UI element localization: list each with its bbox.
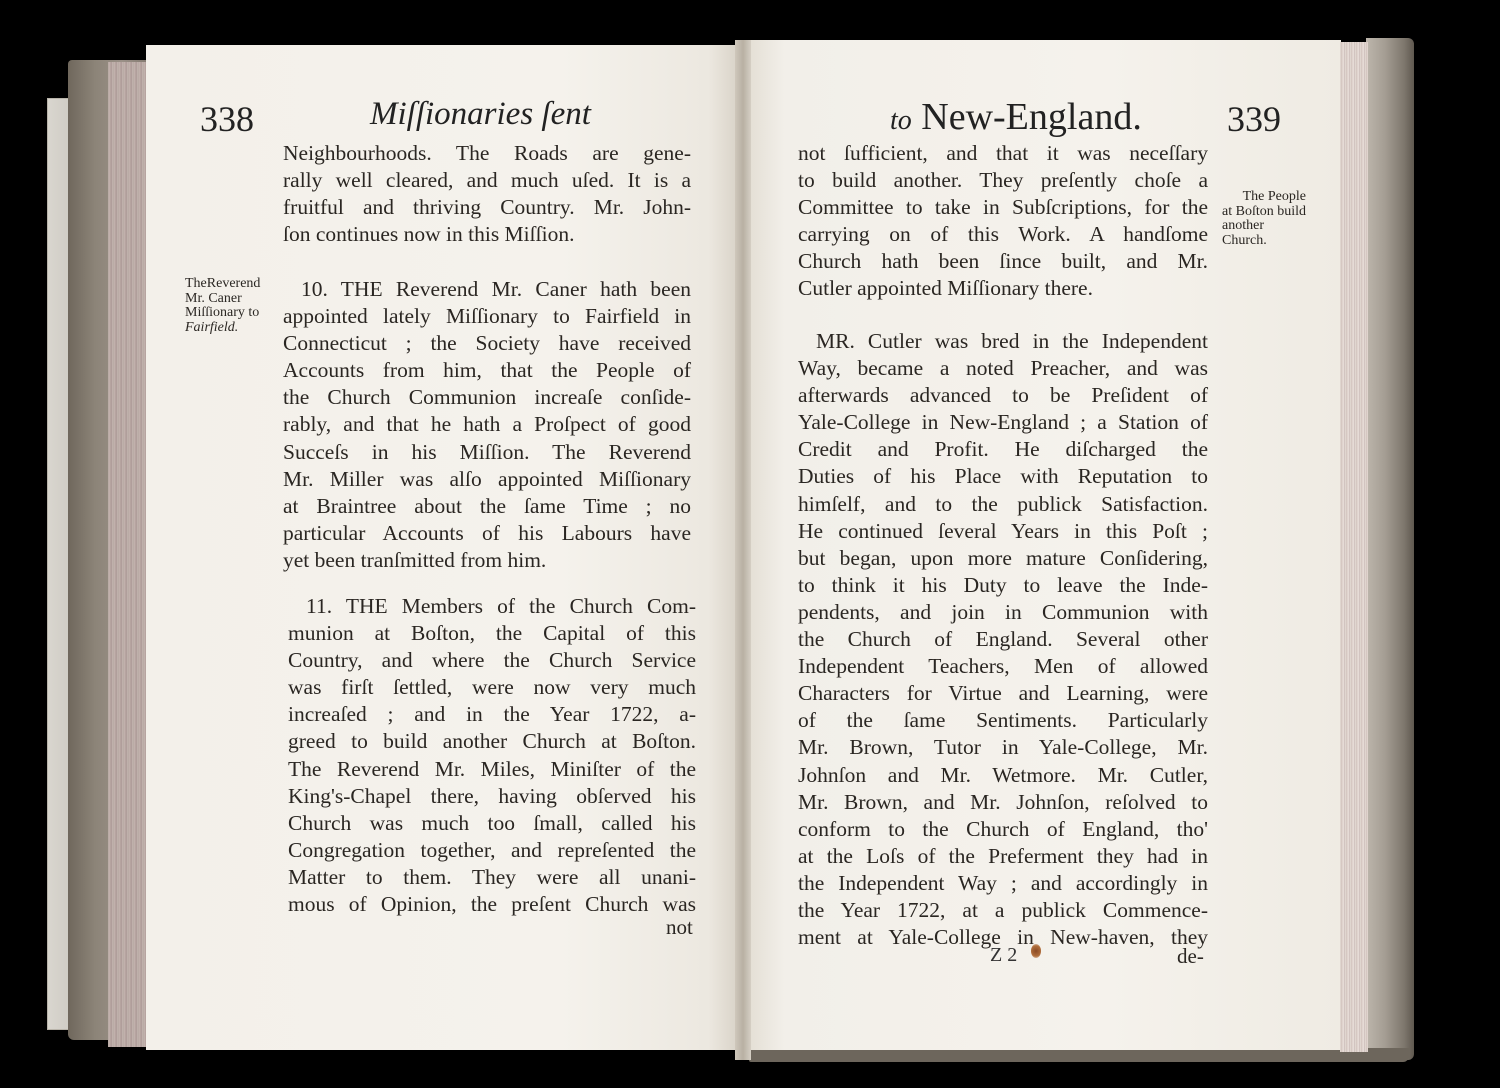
- margin-note-line: at Boſton build: [1222, 205, 1306, 220]
- text-line: not ſufficient, and that it was neceſſar…: [798, 140, 1208, 167]
- text-line: Committee to take in Subſcriptions, for …: [798, 194, 1208, 221]
- text-line: Independent Teachers, Men of allowed: [798, 653, 1208, 680]
- text-line: afterwards advanced to be Preſident of: [798, 382, 1208, 409]
- right-paragraph-2: MR. Cutler was bred in the Independent W…: [798, 328, 1208, 951]
- text-line: rally well cleared, and much uſed. It is…: [283, 167, 691, 194]
- text-line: 11. THE Members of the Church Com-: [288, 593, 696, 620]
- text-line: appointed lately Miſſionary to Fairfield…: [283, 303, 691, 330]
- open-book: 338 Miſſionaries ſent Neighbourhoods. Th…: [0, 0, 1500, 1088]
- margin-note-line: another: [1222, 219, 1306, 234]
- running-head-prefix: to: [890, 105, 912, 136]
- text-line: Church hath been ſince built, and Mr.: [798, 248, 1208, 275]
- text-line: the Church Communion increaſe conſide-: [283, 384, 691, 411]
- text-line: munion at Boſton, the Capital of this: [288, 620, 696, 647]
- left-catchword: not: [666, 915, 693, 940]
- left-paragraph-3: 11. THE Members of the Church Com- munio…: [288, 593, 696, 918]
- text-line: Accounts from him, that the People of: [283, 357, 691, 384]
- text-line: Credit and Profit. He diſcharged the: [798, 436, 1208, 463]
- left-page-number: 338: [200, 98, 254, 140]
- text-line: MR. Cutler was bred in the Independent: [798, 328, 1208, 355]
- left-running-head: Miſſionaries ſent: [370, 96, 591, 133]
- text-line: yet been tranſmitted from him.: [283, 547, 691, 574]
- text-line: Succeſs in his Miſſion. The Reverend: [283, 439, 691, 466]
- book-gutter: [735, 40, 751, 1060]
- ink-stain: [1031, 944, 1041, 958]
- text-line: The Reverend Mr. Miles, Miniſter of the: [288, 756, 696, 783]
- margin-note-line: The People: [1222, 190, 1306, 205]
- right-page-edges: [1340, 42, 1368, 1052]
- left-page-edges: [108, 62, 146, 1047]
- text-line: the Year 1722, at a publick Commence-: [798, 897, 1208, 924]
- text-line: rably, and that he hath a Proſpect of go…: [283, 411, 691, 438]
- right-paragraph-1: not ſufficient, and that it was neceſſar…: [798, 140, 1208, 303]
- text-line: Characters for Virtue and Learning, were: [798, 680, 1208, 707]
- text-line: Mr. Brown, Tutor in Yale-College, Mr.: [798, 734, 1208, 761]
- right-cover-board: [1366, 38, 1414, 1060]
- text-line: was firſt ſettled, were now very much: [288, 674, 696, 701]
- text-line: Mr. Brown, and Mr. Johnſon, reſolved to: [798, 789, 1208, 816]
- right-catchword: de-: [1177, 944, 1204, 969]
- text-line: Yale-College in New-England ; a Station …: [798, 409, 1208, 436]
- text-line: of the ſame Sentiments. Particularly: [798, 707, 1208, 734]
- text-line: at Braintree about the ſame Time ; no: [283, 493, 691, 520]
- left-margin-note: TheReverend Mr. Caner Miſſionary to Fair…: [185, 277, 260, 335]
- text-line: ſon continues now in this Miſſion.: [283, 221, 691, 248]
- text-line: Church was much too ſmall, called his: [288, 810, 696, 837]
- text-line: Connecticut ; the Society have received: [283, 330, 691, 357]
- text-line: He continued ſeveral Years in this Poſt …: [798, 518, 1208, 545]
- text-line: pendents, and join in Communion with: [798, 599, 1208, 626]
- text-line: the Church of England. Several other: [798, 626, 1208, 653]
- text-line: Way, became a noted Preacher, and was: [798, 355, 1208, 382]
- text-line: Duties of his Place with Reputation to: [798, 463, 1208, 490]
- text-line: but began, upon more mature Conſidering,: [798, 545, 1208, 572]
- text-line: the Independent Way ; and accordingly in: [798, 870, 1208, 897]
- text-line: particular Accounts of his Labours have: [283, 520, 691, 547]
- margin-note-line: Fairfield.: [185, 321, 260, 336]
- text-line: 10. THE Reverend Mr. Caner hath been: [283, 276, 691, 303]
- right-page-number: 339: [1227, 98, 1281, 140]
- margin-note-line: Mr. Caner: [185, 292, 260, 307]
- right-margin-note: The People at Boſton build another Churc…: [1222, 190, 1306, 248]
- text-line: himſelf, and to the publick Satisfaction…: [798, 491, 1208, 518]
- text-line: Cutler appointed Miſſionary there.: [798, 275, 1208, 302]
- running-head-title: New-England.: [921, 96, 1142, 138]
- text-line: greed to build another Church at Boſton.: [288, 728, 696, 755]
- margin-note-line: TheReverend: [185, 277, 260, 292]
- left-paragraph-1: Neighbourhoods. The Roads are gene- rall…: [283, 140, 691, 248]
- text-line: Matter to them. They were all unani-: [288, 864, 696, 891]
- signature-mark: Z 2: [990, 944, 1017, 967]
- text-line: carrying on of this Work. A handſome: [798, 221, 1208, 248]
- text-line: Johnſon and Mr. Wetmore. Mr. Cutler,: [798, 762, 1208, 789]
- text-line: at the Loſs of the Preferment they had i…: [798, 843, 1208, 870]
- margin-note-line: Miſſionary to: [185, 306, 260, 321]
- right-cover-bottom: [749, 1048, 1409, 1062]
- text-line: mous of Opinion, the preſent Church was: [288, 891, 696, 918]
- text-line: Mr. Miller was alſo appointed Miſſionary: [283, 466, 691, 493]
- text-line: fruitful and thriving Country. Mr. John-: [283, 194, 691, 221]
- text-line: conform to the Church of England, tho': [798, 816, 1208, 843]
- text-line: Neighbourhoods. The Roads are gene-: [283, 140, 691, 167]
- text-line: increaſed ; and in the Year 1722, a-: [288, 701, 696, 728]
- text-line: King's-Chapel there, having obſerved his: [288, 783, 696, 810]
- left-paragraph-2: 10. THE Reverend Mr. Caner hath been app…: [283, 276, 691, 574]
- text-line: to build another. They preſently choſe a: [798, 167, 1208, 194]
- margin-note-line: Church.: [1222, 234, 1306, 249]
- text-line: to think it his Duty to leave the Inde-: [798, 572, 1208, 599]
- right-running-head: to New-England.: [890, 95, 1142, 139]
- text-line: Country, and where the Church Service: [288, 647, 696, 674]
- text-line: Congregation together, and repreſented t…: [288, 837, 696, 864]
